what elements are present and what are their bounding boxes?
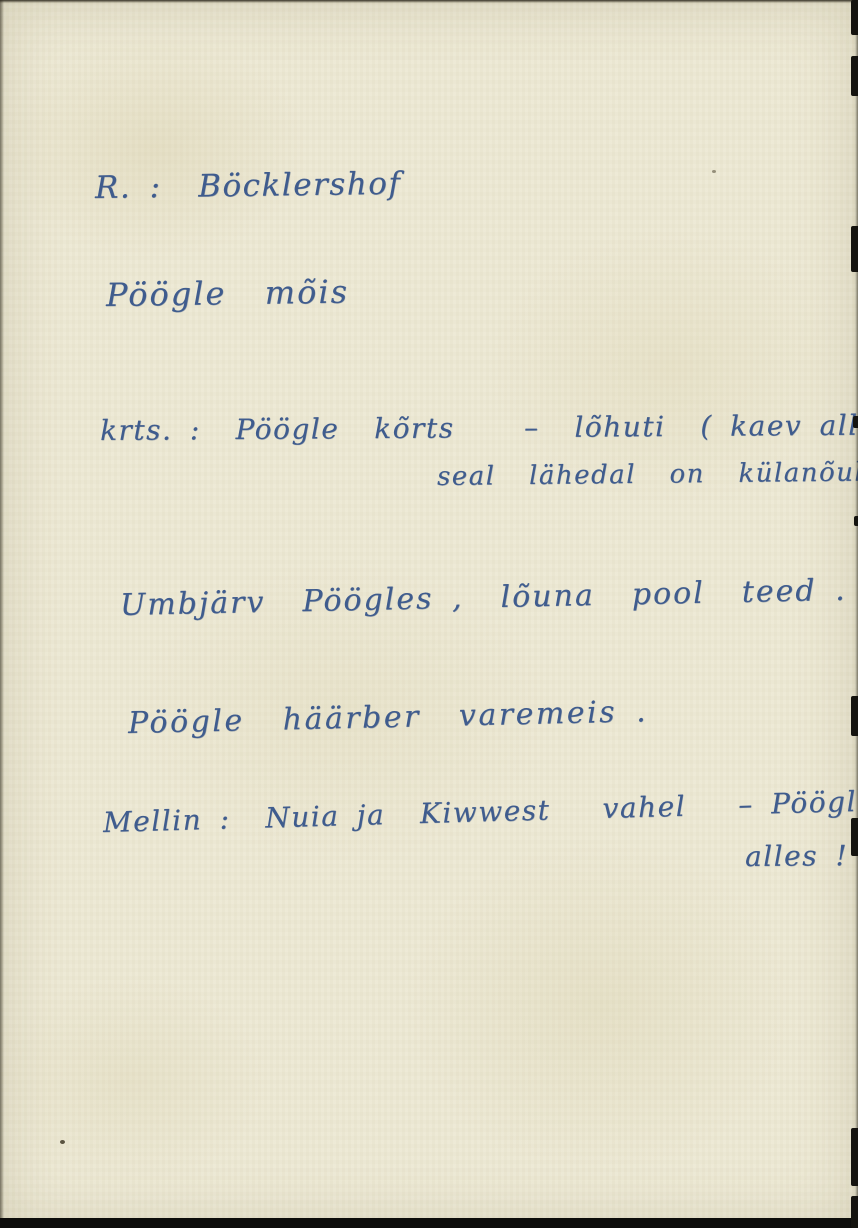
handwritten-line-manor-name: Pöögle mõis xyxy=(106,273,350,314)
scan-edge-mark xyxy=(854,516,858,526)
scan-edge-mark xyxy=(851,1128,858,1186)
scan-edge-mark xyxy=(851,0,858,35)
scan-edge-left xyxy=(0,0,4,1228)
scan-edge-mark xyxy=(851,56,858,96)
scan-edge-mark xyxy=(851,226,858,272)
handwritten-line-mellin-note: Mellin : Nuia ja Kiwwest vahel – Pöögle … xyxy=(103,780,858,839)
scanned-document-page: R. : Böcklershof Pöögle mõis krts. : Pöö… xyxy=(0,0,858,1228)
handwritten-line-manor-house-note: Pöögle häärber varemeis . xyxy=(128,694,649,741)
handwritten-line-tavern-continuation: seal lähedal on külanõukogu . xyxy=(437,457,858,492)
handwritten-line-record-title: R. : Böcklershof xyxy=(95,166,402,206)
scan-edge-bottom xyxy=(0,1218,858,1228)
scan-edge-top xyxy=(0,0,858,3)
scan-edge-mark xyxy=(851,696,858,736)
handwritten-line-tavern-entry: krts. : Pöögle kõrts – lõhuti ( kaev all… xyxy=(100,408,858,447)
scan-edge-mark xyxy=(851,1196,858,1228)
handwritten-line-lake-note: Umbjärv Pöögles , lõuna pool teed . xyxy=(120,573,847,623)
paper-speck xyxy=(712,170,716,173)
paper-speck xyxy=(60,1140,65,1144)
handwritten-line-mellin-continuation: alles ! xyxy=(745,839,848,873)
scan-edge-mark xyxy=(853,416,858,428)
scan-edge-mark xyxy=(851,818,858,856)
